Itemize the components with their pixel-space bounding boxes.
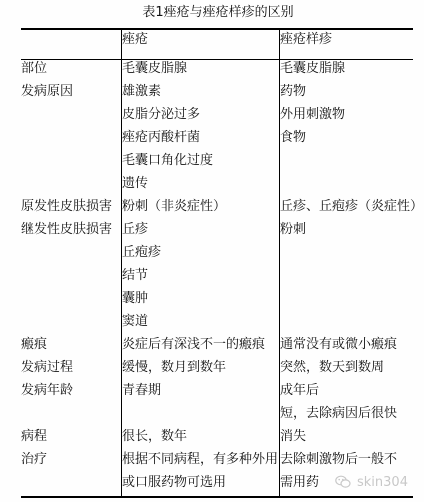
row-label: 发病过程 — [21, 360, 73, 376]
table-header-rule — [21, 59, 413, 60]
cell-acneiform: 丘疹、丘疱疹（炎症性） — [280, 199, 423, 215]
row-label: 发病年龄 — [21, 383, 73, 399]
cell-acne: 毛囊皮脂腺 — [122, 61, 187, 77]
row-label: 发病原因 — [21, 84, 73, 100]
cell-acne: 很长，数年 — [122, 429, 187, 445]
cell-acne: 痤疮丙酸杆菌 — [122, 130, 200, 146]
row-label: 治疗 — [21, 452, 47, 468]
table-bottom-rule — [21, 496, 413, 498]
cell-acne: 毛囊口角化过度 — [122, 153, 213, 169]
cell-acne: 囊肿 — [122, 291, 148, 307]
cell-acne: 雄激素 — [122, 84, 161, 100]
cell-acne: 或口服药物可选用 — [122, 475, 226, 491]
cell-acneiform: 消失 — [280, 429, 306, 445]
cell-acneiform: 成年后 — [280, 383, 319, 399]
cell-acne: 丘疱疹 — [122, 245, 161, 261]
cell-acne: 粉刺（非炎症性） — [122, 199, 226, 215]
watermark-text: skin304 — [357, 475, 408, 490]
cell-acne: 皮脂分泌过多 — [122, 107, 200, 123]
table-top-rule — [21, 28, 413, 30]
cell-acne: 丘疹 — [122, 222, 148, 238]
cell-acneiform: 毛囊皮脂腺 — [280, 61, 345, 77]
cell-acneiform: 通常没有或微小瘢痕 — [280, 337, 397, 353]
header-acne: 痤疮 — [122, 31, 148, 49]
row-label: 继发性皮肤损害 — [21, 222, 112, 238]
cell-acne: 窦道 — [122, 314, 148, 330]
row-label: 瘢痕 — [21, 337, 47, 353]
cell-acne: 根据不同病程，有多种外用 — [122, 452, 278, 468]
header-acneiform: 痤疮样疹 — [280, 31, 332, 49]
row-label: 部位 — [21, 61, 47, 77]
wechat-icon — [335, 475, 351, 489]
cell-acne: 缓慢，数月到数年 — [122, 360, 226, 376]
row-label: 病程 — [21, 429, 47, 445]
cell-acne: 青春期 — [122, 383, 161, 399]
cell-acne: 炎症后有深浅不一的瘢痕 — [122, 337, 265, 353]
cell-acneiform: 外用刺激物 — [280, 107, 345, 123]
cell-acneiform: 短，去除病因后很快 — [280, 406, 397, 422]
cell-acneiform: 食物 — [280, 130, 306, 146]
cell-acneiform: 需用药 — [280, 475, 319, 491]
table-title: 表1痤疮与痤疮样疹的区别 — [0, 4, 424, 22]
cell-acneiform: 粉刺 — [280, 222, 306, 238]
watermark: skin304 — [335, 474, 408, 490]
cell-acne: 结节 — [122, 268, 148, 284]
cell-acneiform: 突然，数天到数周 — [280, 360, 384, 376]
cell-acneiform: 药物 — [280, 84, 306, 100]
row-label: 原发性皮肤损害 — [21, 199, 112, 215]
cell-acneiform: 去除刺激物后一般不 — [280, 452, 397, 468]
cell-acne: 遗传 — [122, 176, 148, 192]
